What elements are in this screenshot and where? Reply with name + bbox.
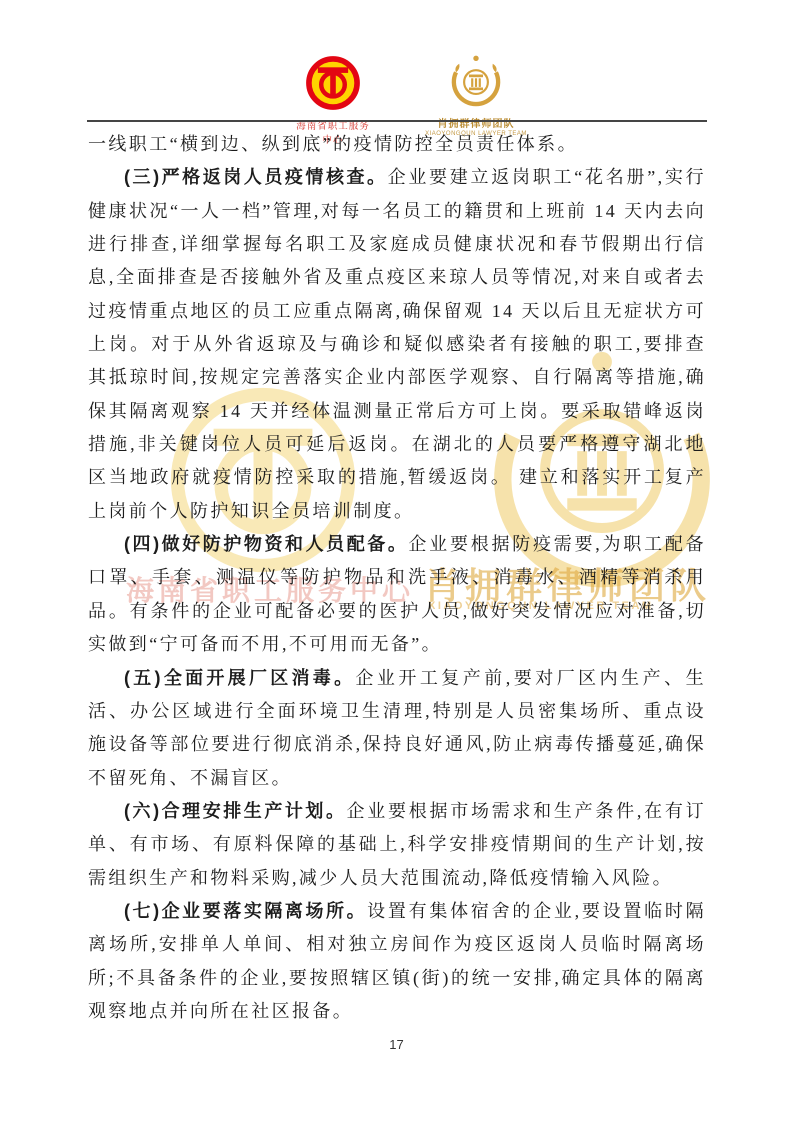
section-3-text: 企业要建立返岗职工“花名册”,实行健康状况“一人一档”管理,对每一名员工的籍贯和… [88, 167, 706, 520]
section-3-heading: (三)严格返岗人员疫情核查。 [124, 167, 388, 187]
paragraph-section-5: (五)全面开展厂区消毒。企业开工复产前,要对厂区内生产、生活、办公区域进行全面环… [88, 662, 706, 795]
section-5-heading: (五)全面开展厂区消毒。 [124, 668, 355, 688]
paragraph-section-7: (七)企业要落实隔离场所。设置有集体宿舍的企业,要设置临时隔离场所,安排单人单间… [88, 895, 706, 1028]
header-right-logo: 肖拥群律师团队 XIAOYONGQUN LAWYER TEAM [424, 54, 528, 137]
section-4-heading: (四)做好防护物资和人员配备。 [124, 534, 408, 554]
paragraph-continuation: 一线职工“横到边、纵到底”的疫情防控全员责任体系。 [88, 128, 706, 161]
document-page: 海南省职工服务中心 肖拥群律师团队 XIAOYONGQUN LAWYER TEA… [0, 0, 793, 1122]
paragraph-section-4: (四)做好防护物资和人员配备。企业要根据防疫需要,为职工配备口罩、手套、测温仪等… [88, 528, 706, 661]
paragraph-section-6: (六)合理安排生产计划。企业要根据市场需求和生产条件,在有订单、有市场、有原料保… [88, 795, 706, 895]
paragraph-section-3: (三)严格返岗人员疫情核查。企业要建立返岗职工“花名册”,实行健康状况“一人一档… [88, 161, 706, 528]
document-body: 一线职工“横到边、纵到底”的疫情防控全员责任体系。 (三)严格返岗人员疫情核查。… [88, 128, 706, 1028]
lawyer-team-logo-icon [446, 54, 506, 108]
page-number: 17 [0, 1037, 793, 1052]
union-logo-icon [305, 55, 361, 111]
header-divider [87, 120, 707, 122]
section-7-heading: (七)企业要落实隔离场所。 [124, 901, 367, 921]
section-6-heading: (六)合理安排生产计划。 [124, 801, 347, 821]
